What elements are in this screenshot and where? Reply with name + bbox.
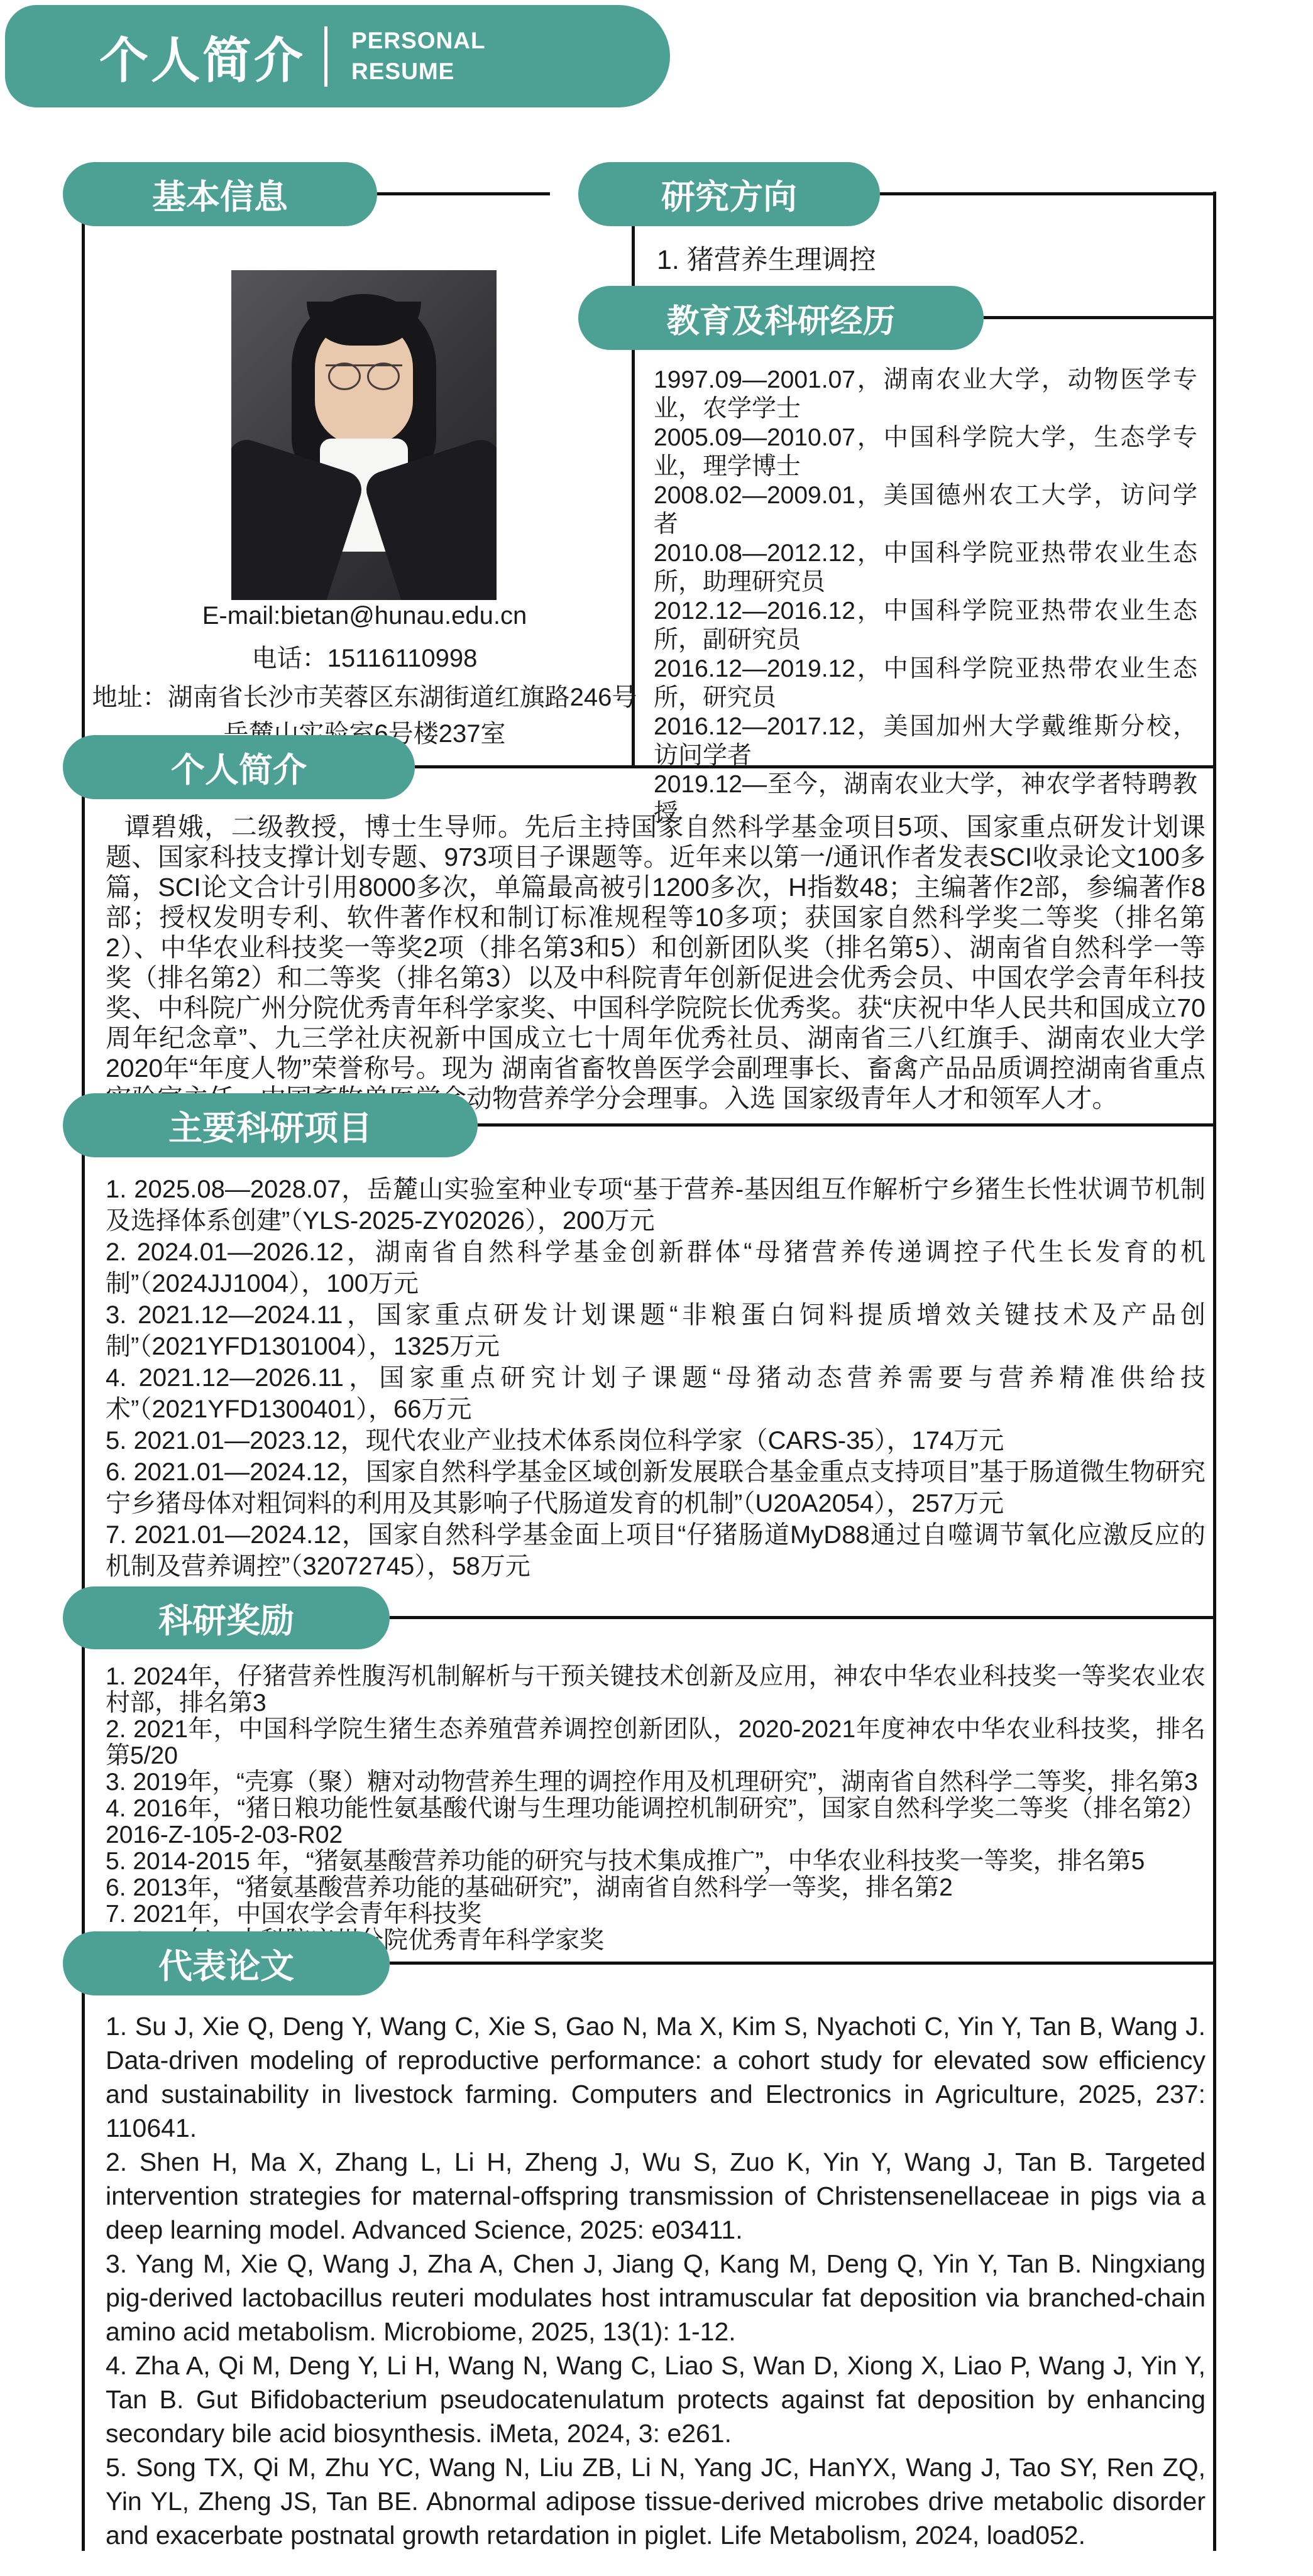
contact-email: E-mail:bietan@hunau.edu.cn [91, 598, 638, 633]
basic-info-connector-line [377, 192, 550, 195]
education-item: 2010.08—2012.12，中国科学院亚热带农业生态所，助理研究员 [654, 539, 1197, 597]
projects-list: 1. 2025.08—2028.07，岳麓山实验室种业专项“基于营养-基因组互作… [106, 1174, 1206, 1582]
section-title-profile: 个人简介 [171, 743, 307, 792]
section-pill-profile: 个人简介 [63, 735, 415, 799]
section-title-basic-info: 基本信息 [152, 170, 288, 219]
section-pill-education: 教育及科研经历 [578, 286, 984, 350]
awards-connector-line [390, 1616, 1213, 1619]
award-item: 5. 2014-2015 年，“猪氨基酸营养功能的研究与技术集成推广”，中华农业… [106, 1848, 1206, 1875]
education-item: 2016.12—2017.12，美国加州大学戴维斯分校，访问学者 [654, 712, 1197, 770]
section-title-projects: 主要科研项目 [168, 1101, 372, 1150]
profile-bio: 谭碧娥，二级教授，博士生导师。先后主持国家自然科学基金项目5项、国家重点研发计划… [106, 812, 1206, 1113]
award-item: 1. 2024年，仔猪营养性腹泻机制解析与干预关键技术创新及应用，神农中华农业科… [106, 1664, 1206, 1716]
portrait-photo [231, 270, 497, 600]
publication-item: 4. Zha A, Qi M, Deng Y, Li H, Wang N, Wa… [106, 2349, 1206, 2450]
section-pill-awards: 科研奖励 [63, 1586, 390, 1649]
award-item: 4. 2016年，“猪日粮功能性氨基酸代谢与生理功能调控机制研究”，国家自然科学… [106, 1796, 1206, 1848]
project-item: 1. 2025.08—2028.07，岳麓山实验室种业专项“基于营养-基因组互作… [106, 1174, 1206, 1236]
section-title-education: 教育及科研经历 [666, 295, 895, 342]
publication-item: 1. Su J, Xie Q, Deng Y, Wang C, Xie S, G… [106, 2009, 1206, 2145]
page-title-cn: 个人简介 [99, 21, 305, 92]
section-pill-research-directions: 研究方向 [578, 162, 880, 226]
section-pill-basic-info: 基本信息 [63, 162, 377, 226]
publication-item: 2. Shen H, Ma X, Zhang L, Li H, Zheng J,… [106, 2145, 1206, 2247]
education-item: 2008.02—2009.01，美国德州农工大学，访问学者 [654, 481, 1197, 539]
project-item: 5. 2021.01—2023.12，现代农业产业技术体系岗位科学家（CARS-… [106, 1425, 1206, 1456]
page-title-en-line2: RESUME [351, 58, 454, 84]
project-item: 3. 2021.12—2024.11，国家重点研发计划课题“非粮蛋白饲料提质增效… [106, 1299, 1206, 1362]
education-item: 2012.12—2016.12，中国科学院亚热带农业生态所，副研究员 [654, 597, 1197, 655]
project-item: 4. 2021.12—2026.11，国家重点研究计划子课题“母猪动态营养需要与… [106, 1362, 1206, 1425]
education-item: 2005.09—2010.07，中国科学院大学，生态学专业，理学博士 [654, 423, 1197, 481]
publication-item: 3. Yang M, Xie Q, Wang J, Zha A, Chen J,… [106, 2247, 1206, 2349]
education-item: 2016.12—2019.12，中国科学院亚热带农业生态所，研究员 [654, 655, 1197, 712]
page-title-banner: 个人简介 PERSONAL RESUME [5, 5, 670, 107]
resume-page: 个人简介 PERSONAL RESUME 基本信息 E-mail:bietan@… [0, 0, 1313, 2576]
awards-list: 1. 2024年，仔猪营养性腹泻机制解析与干预关键技术创新及应用，神农中华农业科… [106, 1664, 1206, 1954]
publication-item: 5. Song TX, Qi M, Zhu YC, Wang N, Liu ZB… [106, 2450, 1206, 2552]
section-title-awards: 科研奖励 [158, 1594, 294, 1642]
education-item: 1997.09—2001.07，湖南农业大学，动物医学专业，农学学士 [654, 366, 1197, 423]
contact-phone: 电话：15116110998 [91, 641, 638, 676]
award-item: 7. 2021年，中国农学会青年科技奖 [106, 1901, 1206, 1928]
project-item: 6. 2021.01—2024.12，国家自然科学基金区域创新发展联合基金重点支… [106, 1456, 1206, 1519]
page-title-en-line1: PERSONAL [351, 28, 486, 53]
award-item: 6. 2013年，“猪氨基酸营养功能的基础研究”，湖南省自然科学一等奖，排名第2 [106, 1875, 1206, 1901]
award-item: 3. 2019年，“壳寡（聚）糖对动物营养生理的调控作用及机理研究”，湖南省自然… [106, 1769, 1206, 1796]
project-item: 2. 2024.01—2026.12，湖南省自然科学基金创新群体“母猪营养传递调… [106, 1236, 1206, 1299]
award-item: 2. 2021年，中国科学院生猪生态养殖营养调控创新团队，2020-2021年度… [106, 1716, 1206, 1769]
section-pill-publications: 代表论文 [63, 1931, 390, 1995]
research-direction-item: 1. 猪营养生理调控 [657, 237, 1197, 283]
portrait-glasses [326, 364, 402, 391]
research-directions-connector-line [880, 192, 1213, 195]
right-frame-line [1213, 192, 1216, 2551]
education-list: 1997.09—2001.07，湖南农业大学，动物医学专业，农学学士 2005.… [654, 366, 1197, 828]
section-title-research-directions: 研究方向 [661, 170, 797, 219]
projects-connector-line [478, 1123, 1213, 1127]
project-item: 7. 2021.01—2024.12，国家自然科学基金面上项目“仔猪肠道MyD8… [106, 1519, 1206, 1582]
publications-list: 1. Su J, Xie Q, Deng Y, Wang C, Xie S, G… [106, 2009, 1206, 2552]
section-pill-projects: 主要科研项目 [63, 1093, 478, 1157]
left-frame-line [82, 195, 85, 2551]
page-title-en: PERSONAL RESUME [351, 26, 486, 86]
contact-address-line1: 地址：湖南省长沙市芙蓉区东湖街道红旗路246号 [75, 680, 654, 715]
banner-divider-line [324, 26, 327, 87]
publications-connector-line [390, 1962, 1213, 1965]
section-title-publications: 代表论文 [158, 1940, 294, 1988]
